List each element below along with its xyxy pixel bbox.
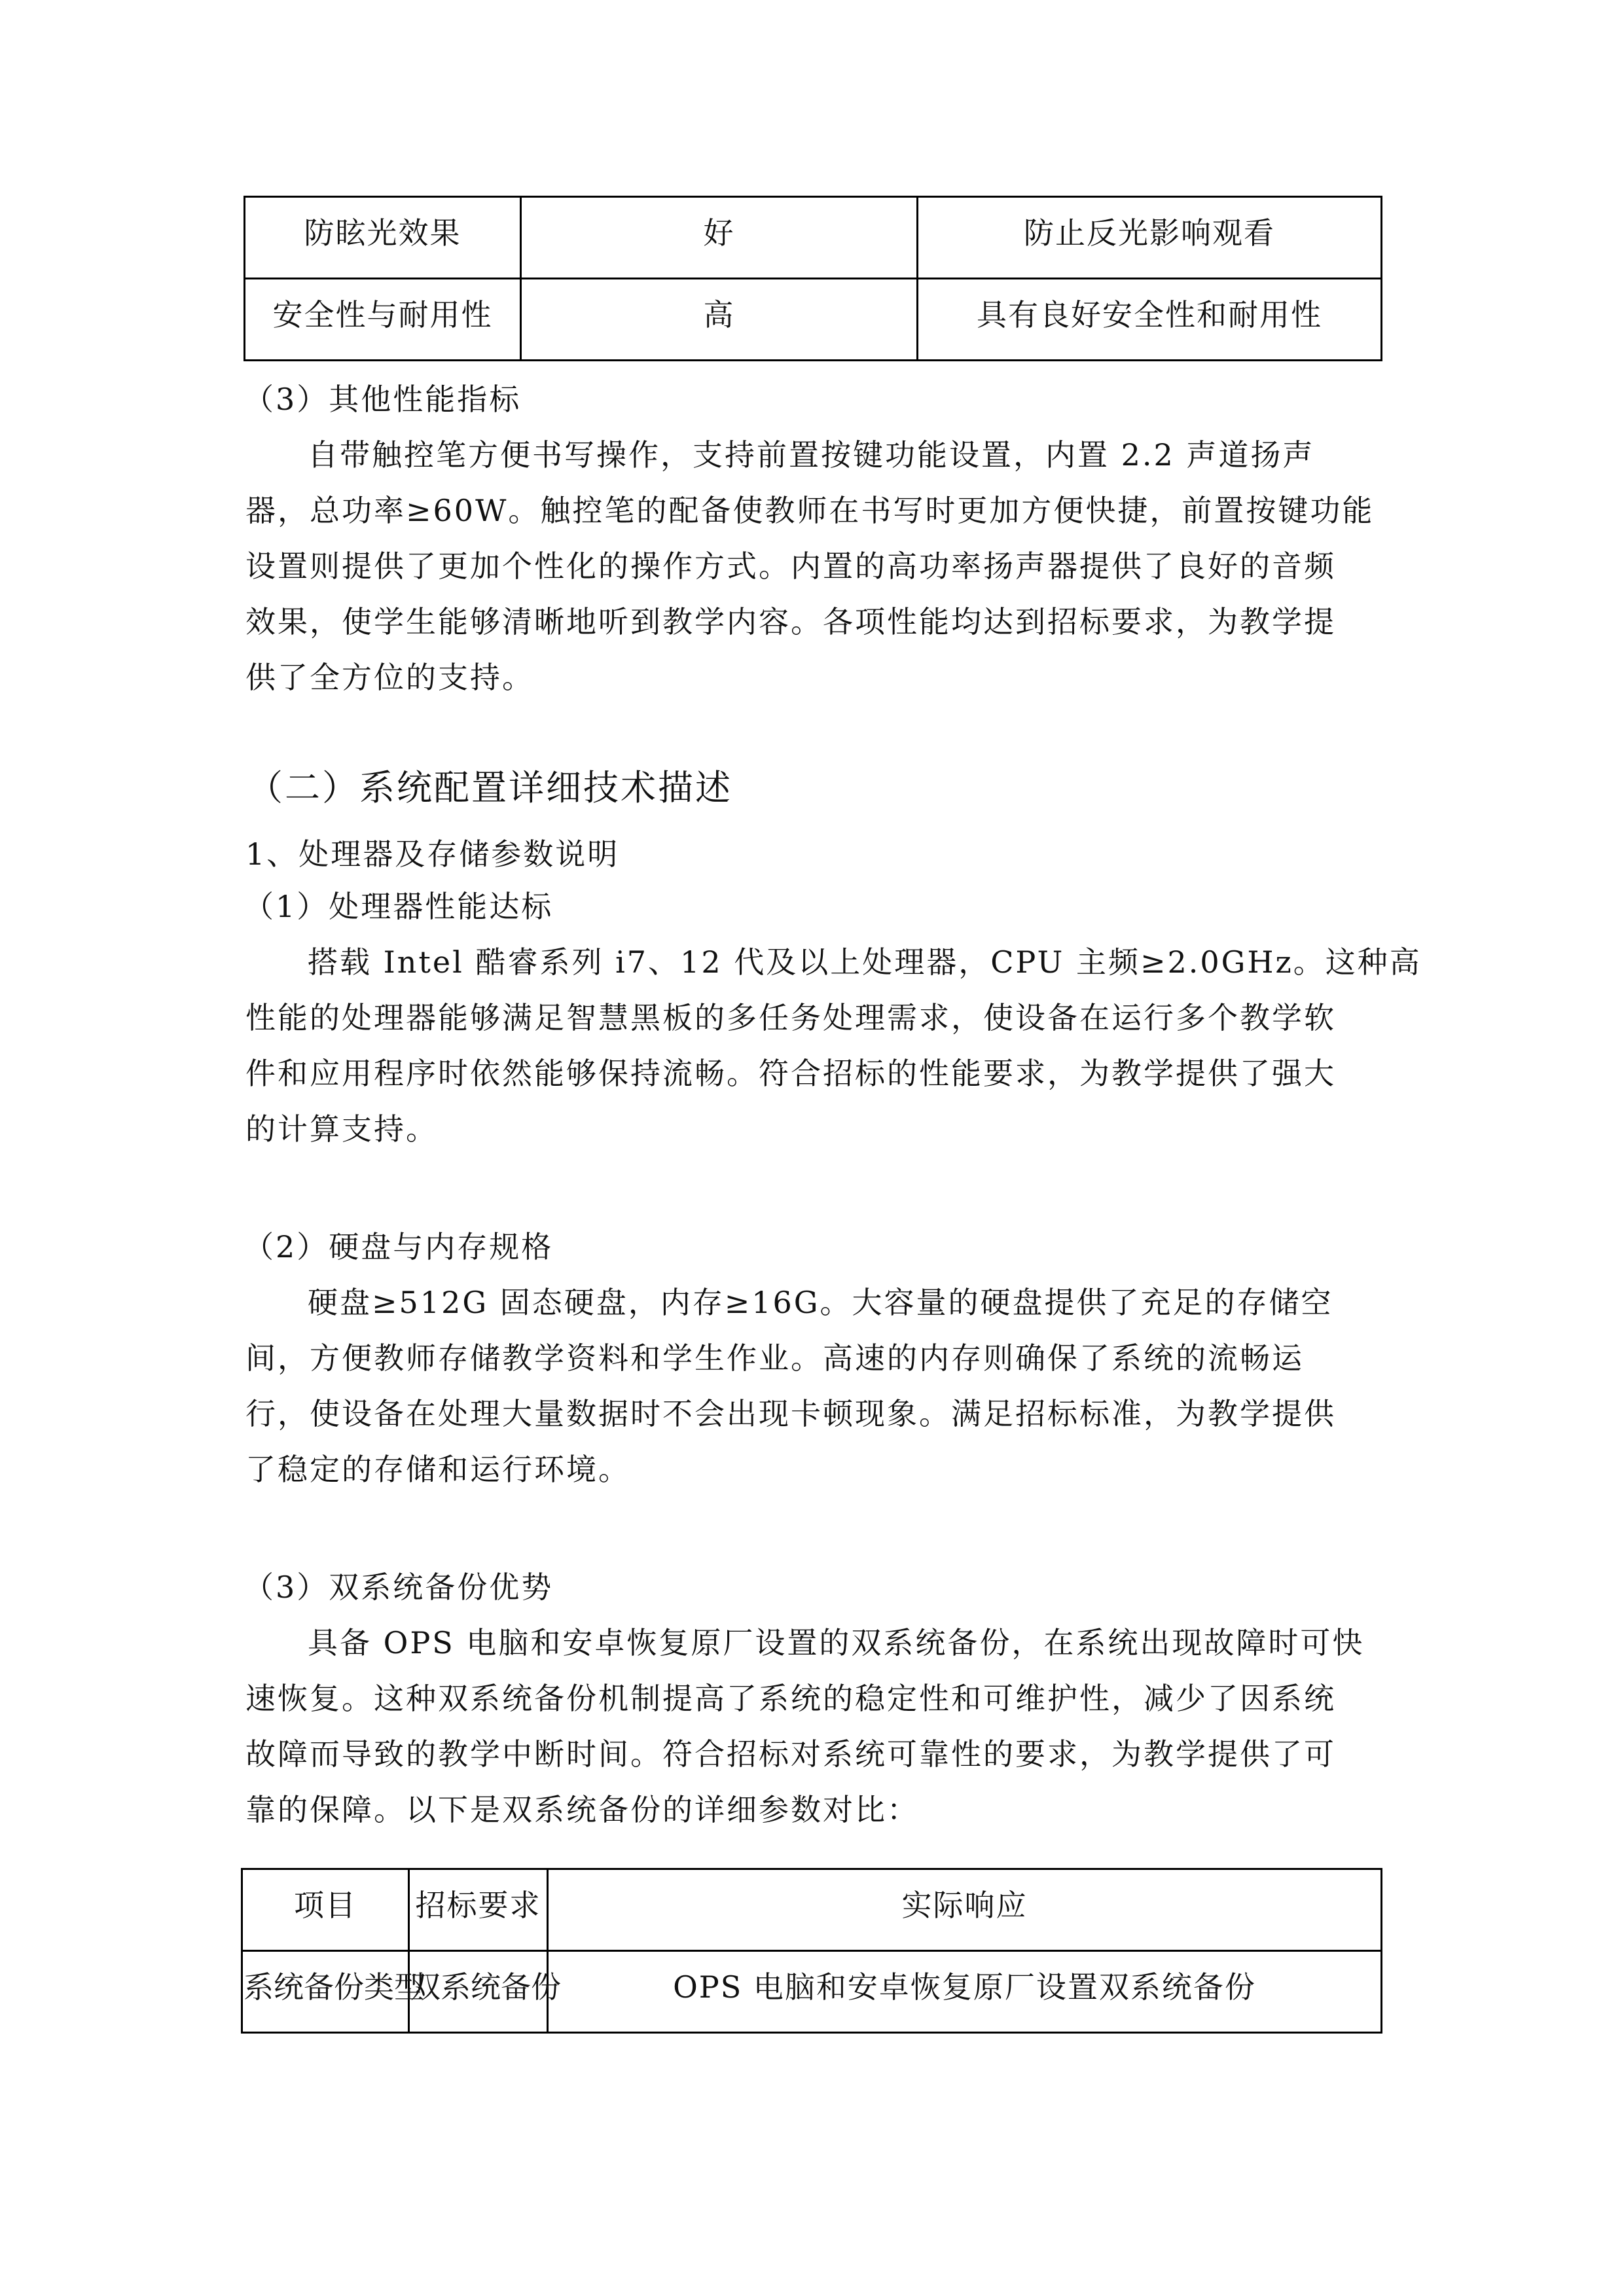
paragraph-line: 故障而导致的教学中断时间。符合招标对系统可靠性的要求，为教学提供了可 [245,1736,1379,1772]
table-cell: 防止反光影响观看 [918,197,1382,279]
paragraph-line: 靠的保障。以下是双系统备份的详细参数对比： [245,1791,1379,1828]
subsection-heading: （3）双系统备份优势 [244,1569,1377,1605]
table-header-cell: 项目 [242,1869,409,1951]
table-row: 防眩光效果 好 防止反光影响观看 [245,197,1382,279]
subsection-heading: （1）处理器性能达标 [244,888,1377,925]
paragraph-line: 供了全方位的支持。 [245,659,1379,696]
paragraph-line: 搭载 Intel 酷睿系列 i7、12 代及以上处理器，CPU 主频≥2.0GH… [308,944,1381,980]
table-header-cell: 招标要求 [409,1869,548,1951]
paragraph-line: 器，总功率≥60W。触控笔的配备使教师在书写时更加方便快捷，前置按键功能 [245,492,1379,529]
table-row: 系统备份类型 双系统备份 OPS 电脑和安卓恢复原厂设置双系统备份 [242,1951,1382,2033]
paragraph-line: 速恢复。这种双系统备份机制提高了系统的稳定性和可维护性，减少了因系统 [245,1680,1379,1717]
performance-table-continued: 防眩光效果 好 防止反光影响观看 安全性与耐用性 高 具有良好安全性和耐用性 [244,196,1382,361]
paragraph-line: 具备 OPS 电脑和安卓恢复原厂设置的双系统备份，在系统出现故障时可快 [308,1624,1381,1661]
table-header-cell: 实际响应 [548,1869,1382,1951]
table-cell: OPS 电脑和安卓恢复原厂设置双系统备份 [548,1951,1382,2033]
paragraph-line: 性能的处理器能够满足智慧黑板的多任务处理需求，使设备在运行多个教学软 [245,999,1379,1036]
subsection-heading: （2）硬盘与内存规格 [244,1229,1377,1265]
subsection-title: 1、处理器及存储参数说明 [245,836,1379,872]
table-cell: 具有良好安全性和耐用性 [918,279,1382,361]
table-cell: 高 [521,279,918,361]
table-cell: 防眩光效果 [245,197,521,279]
table-cell: 安全性与耐用性 [245,279,521,361]
table-row: 安全性与耐用性 高 具有良好安全性和耐用性 [245,279,1382,361]
paragraph-line: 间，方便教师存储教学资料和学生作业。高速的内存则确保了系统的流畅运 [245,1340,1379,1376]
subsection-heading: （3）其他性能指标 [244,381,1377,418]
paragraph-line: 件和应用程序时依然能够保持流畅。符合招标的性能要求，为教学提供了强大 [245,1055,1379,1092]
table-cell: 好 [521,197,918,279]
paragraph-line: 自带触控笔方便书写操作，支持前置按键功能设置，内置 2.2 声道扬声 [308,437,1381,473]
paragraph-line: 硬盘≥512G 固态硬盘，内存≥16G。大容量的硬盘提供了充足的存储空 [308,1284,1381,1321]
backup-comparison-table: 项目 招标要求 实际响应 系统备份类型 双系统备份 OPS 电脑和安卓恢复原厂设… [241,1868,1382,2034]
paragraph-line: 了稳定的存储和运行环境。 [245,1451,1379,1488]
table-cell: 双系统备份 [409,1951,548,2033]
table-cell: 系统备份类型 [242,1951,409,2033]
section-heading: （二）系统配置详细技术描述 [247,770,1381,806]
paragraph-line: 效果，使学生能够清晰地听到教学内容。各项性能均达到招标要求，为教学提 [245,603,1379,640]
paragraph-line: 的计算支持。 [245,1111,1379,1147]
paragraph-line: 行，使设备在处理大量数据时不会出现卡顿现象。满足招标标准，为教学提供 [245,1395,1379,1432]
table-header-row: 项目 招标要求 实际响应 [242,1869,1382,1951]
paragraph-line: 设置则提供了更加个性化的操作方式。内置的高功率扬声器提供了良好的音频 [245,548,1379,584]
